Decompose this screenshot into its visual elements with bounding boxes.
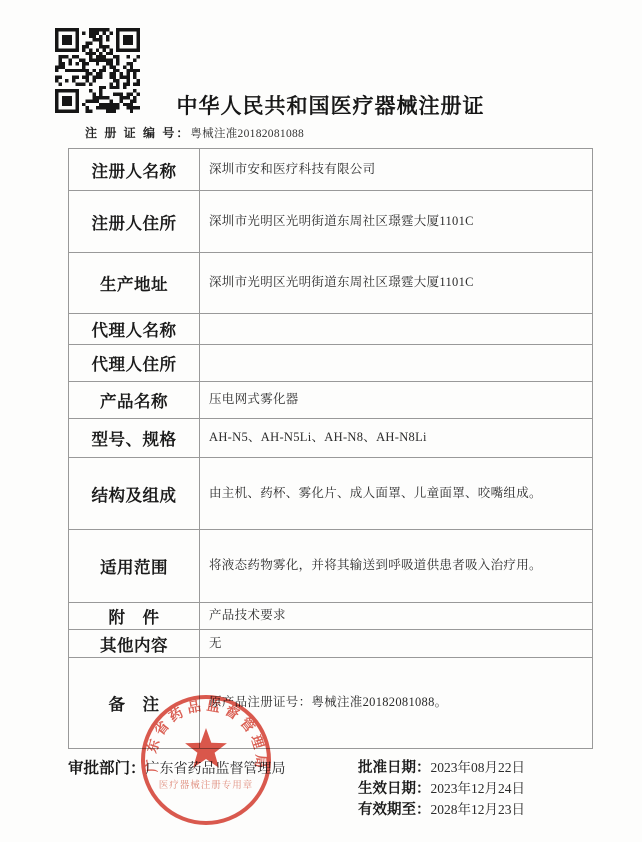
row-label: 型号、规格 xyxy=(69,419,200,458)
table-row: 代理人名称 xyxy=(69,314,593,345)
cert-number-value: 粤械注准20182081088 xyxy=(190,128,304,140)
table-row: 附 件产品技术要求 xyxy=(69,603,593,630)
table-row: 备 注原产品注册证号：粤械注准20182081088。 xyxy=(69,658,593,749)
row-label: 备 注 xyxy=(69,658,200,749)
cert-number-label: 注 册 证 编 号： xyxy=(85,126,190,140)
approval-department-label: 审批部门： xyxy=(68,760,146,777)
row-value xyxy=(200,345,593,382)
row-value: 无 xyxy=(200,630,593,658)
table-row: 其他内容无 xyxy=(69,630,593,658)
approval-date-value: 2023年08月22日 xyxy=(431,760,526,775)
effective-date-value: 2023年12月24日 xyxy=(431,781,526,796)
table-row: 结构及组成由主机、药杯、雾化片、成人面罩、儿童面罩、咬嘴组成。 xyxy=(69,458,593,530)
dates-block: 批准日期：2023年08月22日 生效日期：2023年12月24日 有效期至：2… xyxy=(358,757,525,820)
row-value: 原产品注册证号：粤械注准20182081088。 xyxy=(200,658,593,749)
seal-sub-text: 医疗器械注册专用章 xyxy=(159,779,254,791)
row-label: 代理人名称 xyxy=(69,314,200,345)
page-title: 中华人民共和国医疗器械注册证 xyxy=(68,90,593,120)
table-row: 注册人住所深圳市光明区光明街道东周社区璟霆大厦1101C xyxy=(69,191,593,253)
row-value: 深圳市安和医疗科技有限公司 xyxy=(200,149,593,191)
row-value xyxy=(200,314,593,345)
approval-date-line: 批准日期：2023年08月22日 xyxy=(358,757,525,778)
cert-number-line: 注 册 证 编 号：粤械注准20182081088 xyxy=(85,124,304,141)
row-label: 生产地址 xyxy=(69,253,200,314)
row-label: 产品名称 xyxy=(69,382,200,419)
row-value: 压电网式雾化器 xyxy=(200,382,593,419)
effective-date-line: 生效日期：2023年12月24日 xyxy=(358,778,525,799)
expiry-date-label: 有效期至： xyxy=(358,802,431,818)
row-value: 深圳市光明区光明街道东周社区璟霆大厦1101C xyxy=(200,191,593,253)
registration-table: 注册人名称深圳市安和医疗科技有限公司 注册人住所深圳市光明区光明街道东周社区璟霆… xyxy=(68,148,593,749)
row-label: 附 件 xyxy=(69,603,200,630)
table-row: 注册人名称深圳市安和医疗科技有限公司 xyxy=(69,149,593,191)
row-value: 由主机、药杯、雾化片、成人面罩、儿童面罩、咬嘴组成。 xyxy=(200,458,593,530)
row-label: 注册人住所 xyxy=(69,191,200,253)
approval-date-label: 批准日期： xyxy=(358,760,431,776)
row-value: 深圳市光明区光明街道东周社区璟霆大厦1101C xyxy=(200,253,593,314)
row-label: 注册人名称 xyxy=(69,149,200,191)
expiry-date-line: 有效期至：2028年12月23日 xyxy=(358,799,525,820)
expiry-date-value: 2028年12月23日 xyxy=(431,802,526,817)
row-label: 适用范围 xyxy=(69,530,200,603)
table-row: 适用范围将液态药物雾化，并将其输送到呼吸道供患者吸入治疗用。 xyxy=(69,530,593,603)
certificate-page: 中华人民共和国医疗器械注册证 注 册 证 编 号：粤械注准20182081088… xyxy=(0,0,642,842)
approval-department-value: 广东省药品监督管理局 xyxy=(146,762,286,777)
row-label: 代理人住所 xyxy=(69,345,200,382)
row-value: 产品技术要求 xyxy=(200,603,593,630)
row-value: 将液态药物雾化，并将其输送到呼吸道供患者吸入治疗用。 xyxy=(200,530,593,603)
row-label: 结构及组成 xyxy=(69,458,200,530)
table-row: 代理人住所 xyxy=(69,345,593,382)
row-label: 其他内容 xyxy=(69,630,200,658)
table-row: 生产地址深圳市光明区光明街道东周社区璟霆大厦1101C xyxy=(69,253,593,314)
table-row: 产品名称压电网式雾化器 xyxy=(69,382,593,419)
table-row: 型号、规格AH-N5、AH-N5Li、AH-N8、AH-N8Li xyxy=(69,419,593,458)
approval-department-line: 审批部门：广东省药品监督管理局 xyxy=(68,756,286,778)
effective-date-label: 生效日期： xyxy=(358,781,431,797)
row-value: AH-N5、AH-N5Li、AH-N8、AH-N8Li xyxy=(200,419,593,458)
